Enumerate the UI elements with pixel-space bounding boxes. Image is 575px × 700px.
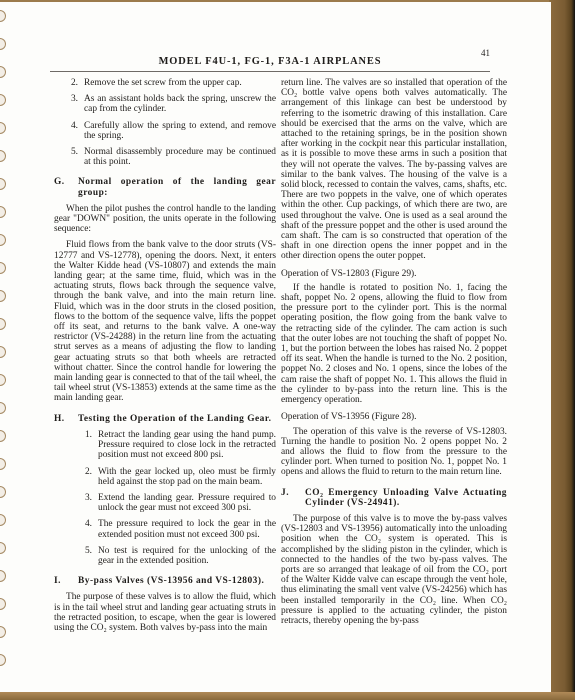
list-number: 4. [54, 121, 84, 141]
binder-hole-icon [0, 66, 6, 78]
binder-hole-icon [0, 122, 6, 134]
list-number: 4. [54, 519, 98, 539]
scan-border-right [549, 0, 575, 700]
list-number: 1. [54, 430, 98, 461]
binder-hole-icon [0, 374, 6, 386]
paragraph: The purpose of this valve is to move the… [281, 514, 507, 626]
binder-hole-icon [0, 570, 6, 582]
binder-hole-icon [0, 598, 6, 610]
list-text: Normal disassembly procedure may be cont… [84, 147, 276, 167]
list-item: 5. Normal disassembly procedure may be c… [54, 147, 276, 167]
binder-holes [0, 10, 10, 690]
binder-hole-icon [0, 262, 6, 274]
subheading-op-13956: Operation of VS-13956 (Figure 28). [281, 412, 507, 422]
right-column: return line. The valves are so installed… [281, 78, 507, 632]
paragraph: The purpose of these valves is to allow … [54, 592, 276, 633]
list-number: 3. [54, 493, 98, 513]
list-text: Extend the landing gear. Pressure requir… [98, 493, 276, 513]
binder-hole-icon [0, 542, 6, 554]
binder-hole-icon [0, 346, 6, 358]
section-title: By-pass Valves (VS-13956 and VS-12803). [78, 576, 276, 586]
binder-hole-icon [0, 10, 6, 22]
binder-hole-icon [0, 150, 6, 162]
binder-hole-icon [0, 458, 6, 470]
list-text: Remove the set screw from the upper cap. [84, 78, 276, 88]
list-item: 5. No test is required for the unlocking… [54, 546, 276, 566]
section-heading-h: H. Testing the Operation of the Landing … [54, 414, 276, 424]
list-number: 2. [54, 78, 84, 88]
list-number: 5. [54, 147, 84, 167]
list-text: Carefully allow the spring to extend, an… [84, 121, 276, 141]
paragraph: The operation of this valve is the rever… [281, 427, 507, 478]
page-header: MODEL F4U-1, FG-1, F3A-1 AIRPLANES 41 [50, 48, 490, 72]
list-text: The pressure required to lock the gear i… [98, 519, 276, 539]
section-letter: H. [54, 414, 78, 424]
section-heading-g: G. Normal operation of the landing gear … [54, 177, 276, 197]
binder-hole-icon [0, 402, 6, 414]
section-letter: J. [281, 488, 305, 508]
section-heading-i: I. By-pass Valves (VS-13956 and VS-12803… [54, 576, 276, 586]
section-title: CO₂ Emergency Unloading Valve Actuating … [305, 488, 507, 508]
binder-hole-icon [0, 290, 6, 302]
list-item: 2. With the gear locked up, oleo must be… [54, 467, 276, 487]
list-number: 3. [54, 94, 84, 114]
binder-hole-icon [0, 178, 6, 190]
list-number: 5. [54, 546, 98, 566]
document-page: MODEL F4U-1, FG-1, F3A-1 AIRPLANES 41 2.… [0, 2, 551, 692]
list-item: 2. Remove the set screw from the upper c… [54, 78, 276, 88]
paragraph: Fluid flows from the bank valve to the d… [54, 240, 276, 403]
subheading-op-12803: Operation of VS-12803 (Figure 29). [281, 269, 507, 279]
section-heading-j: J. CO₂ Emergency Unloading Valve Actuati… [281, 488, 507, 508]
section-title: Testing the Operation of the Landing Gea… [78, 414, 276, 424]
list-item: 4. The pressure required to lock the gea… [54, 519, 276, 539]
binder-hole-icon [0, 626, 6, 638]
page-title: MODEL F4U-1, FG-1, F3A-1 AIRPLANES [50, 56, 490, 67]
binder-hole-icon [0, 514, 6, 526]
testing-steps-list: 1. Retract the landing gear using the ha… [54, 430, 276, 566]
binder-hole-icon [0, 38, 6, 50]
paragraph: When the pilot pushes the control handle… [54, 204, 276, 235]
list-text: As an assistant holds back the spring, u… [84, 94, 276, 114]
list-text: No test is required for the unlocking of… [98, 546, 276, 566]
section-title: Normal operation of the landing gear gro… [78, 177, 276, 197]
paragraph: If the handle is rotated to position No.… [281, 283, 507, 405]
list-text: Retract the landing gear using the hand … [98, 430, 276, 461]
paragraph: return line. The valves are so installed… [281, 78, 507, 262]
binder-hole-icon [0, 486, 6, 498]
list-item: 3. As an assistant holds back the spring… [54, 94, 276, 114]
list-number: 2. [54, 467, 98, 487]
binder-hole-icon [0, 234, 6, 246]
binder-hole-icon [0, 430, 6, 442]
section-letter: I. [54, 576, 78, 586]
binder-hole-icon [0, 94, 6, 106]
list-item: 1. Retract the landing gear using the ha… [54, 430, 276, 461]
section-letter: G. [54, 177, 78, 197]
binder-hole-icon [0, 206, 6, 218]
list-item: 3. Extend the landing gear. Pressure req… [54, 493, 276, 513]
scan-border-bottom [0, 692, 575, 700]
left-column: 2. Remove the set screw from the upper c… [54, 78, 276, 639]
binder-hole-icon [0, 654, 6, 666]
page-number: 41 [481, 48, 490, 58]
list-text: With the gear locked up, oleo must be fi… [98, 467, 276, 487]
list-item: 4. Carefully allow the spring to extend,… [54, 121, 276, 141]
binder-hole-icon [0, 318, 6, 330]
